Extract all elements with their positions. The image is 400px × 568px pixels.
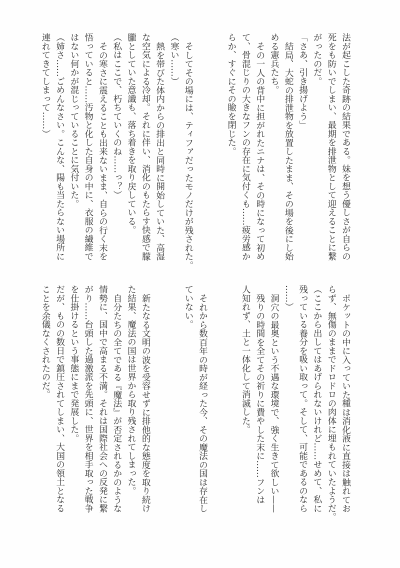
text-line: 連れてきてしまって……）	[37, 33, 51, 260]
text-line: 法が起こした奇跡の結果である。妹を想う優しさが自らの	[338, 33, 352, 260]
text-line: がり……台頭した過激派を先頭に、世界を相手取った戦争	[80, 285, 94, 512]
text-line: を仕掛けるという事態にまで発展した。	[66, 285, 80, 512]
inner-monologue-line: （ここから出してはあげられないけれど……せめて、私に	[309, 285, 323, 512]
inner-monologue-line: （姉さ……ごめんなさい。こんな、陽も当たらない場所に	[52, 33, 66, 260]
text-line: ……）	[281, 285, 295, 512]
lower-text-block: ポケットの中に入っていた種は消化液に直接は触れてお らず、無傷のままでドロドロの…	[37, 285, 352, 512]
text-line: 悟っていると……汚物と化した自身の中に、衣服の繊維で	[80, 33, 94, 260]
paragraph-start-line: 熱を帯びた体内からの排出と同時に開始していた、高湿	[152, 33, 166, 260]
text-line: だが、ものの数日で鎮圧されてしまい、大国の領土となる	[52, 285, 66, 512]
blank-line	[223, 285, 237, 512]
paragraph-start-line: その一人の背中に担がれたニナは、その時になって初め	[252, 33, 266, 260]
blank-line	[166, 285, 180, 512]
text-line: な空気による冷却。それに伴い、消化のもたらす快感で朦	[138, 33, 152, 260]
text-line: 人知れず、土と一体化して消滅した。	[238, 285, 252, 512]
paragraph-start-line: 洞穴の最奥という不遇な環境で、強く生きて欲しい——	[266, 285, 280, 512]
text-line: て、骨混じりの大きなフンの存在に気付くも……疲労感か	[238, 33, 252, 260]
text-line: がったのだ。	[309, 33, 323, 260]
text-line: 死をも防いでしまい、最期を排泄物として迎えることに繋	[323, 33, 337, 260]
text-line: 残っている養分を吸い取って。そして、可能であるのなら	[295, 285, 309, 512]
blank-line	[152, 285, 166, 512]
paragraph-start-line: その寒さに震えることも出来ないまま、自らの行く末を	[95, 33, 109, 260]
text-line: 情勢に、国中で高まる不満。それは国際社会への反発に繋	[95, 285, 109, 512]
text-line: らず、無傷のままでドロドロの肉体に埋もれていたようだ。	[323, 285, 337, 512]
book-page: 法が起こした奇跡の結果である。妹を想う優しさが自らの 死をも防いでしまい、最期を…	[0, 0, 400, 568]
paragraph-start-line: 新たなる文明の波を受容せずに排他的な態度を取り続け	[138, 285, 152, 512]
blank-line	[195, 33, 209, 260]
paragraph-start-line: 残りの時間を全てその祈りに費やした末に……フンは	[252, 285, 266, 512]
text-line: ことを余儀なくされたのだ。	[37, 285, 51, 512]
text-line: らか、すぐにその瞼を閉じた。	[223, 33, 237, 260]
text-line: ていない。	[180, 285, 194, 512]
paragraph-start-line: 自分たちの全てである『魔法』が否定されるかのような	[109, 285, 123, 512]
paragraph-start-line: それから数百年の時が経った今、その魔法の国は存在し	[195, 285, 209, 512]
paragraph-start-line: ポケットの中に入っていた種は消化液に直接は触れてお	[338, 285, 352, 512]
dialogue-line: 「さあ、引き揚げよう」	[295, 33, 309, 260]
paragraph-start-line: そしてその場には、ティファだったモノだけが残された。	[180, 33, 194, 260]
inner-monologue-line: （私はここで、朽ちていくのね……っ？）	[109, 33, 123, 260]
text-line: はない何かが混じっていることに気付いた。	[66, 33, 80, 260]
text-line: 朧としていた意識も、落ち着きを取り戻している。	[123, 33, 137, 260]
blank-line	[209, 285, 223, 512]
inner-monologue-line: （寒い……）	[166, 33, 180, 260]
text-line: める憲兵たち。	[266, 33, 280, 260]
blank-line	[209, 33, 223, 260]
paragraph-start-line: 結局、大蛇の排泄物を放置したまま、その場を後にし始	[281, 33, 295, 260]
upper-text-block: 法が起こした奇跡の結果である。妹を想う優しさが自らの 死をも防いでしまい、最期を…	[37, 33, 352, 260]
text-line: た結果、魔法の国は世界から取り残されてしまった。	[123, 285, 137, 512]
